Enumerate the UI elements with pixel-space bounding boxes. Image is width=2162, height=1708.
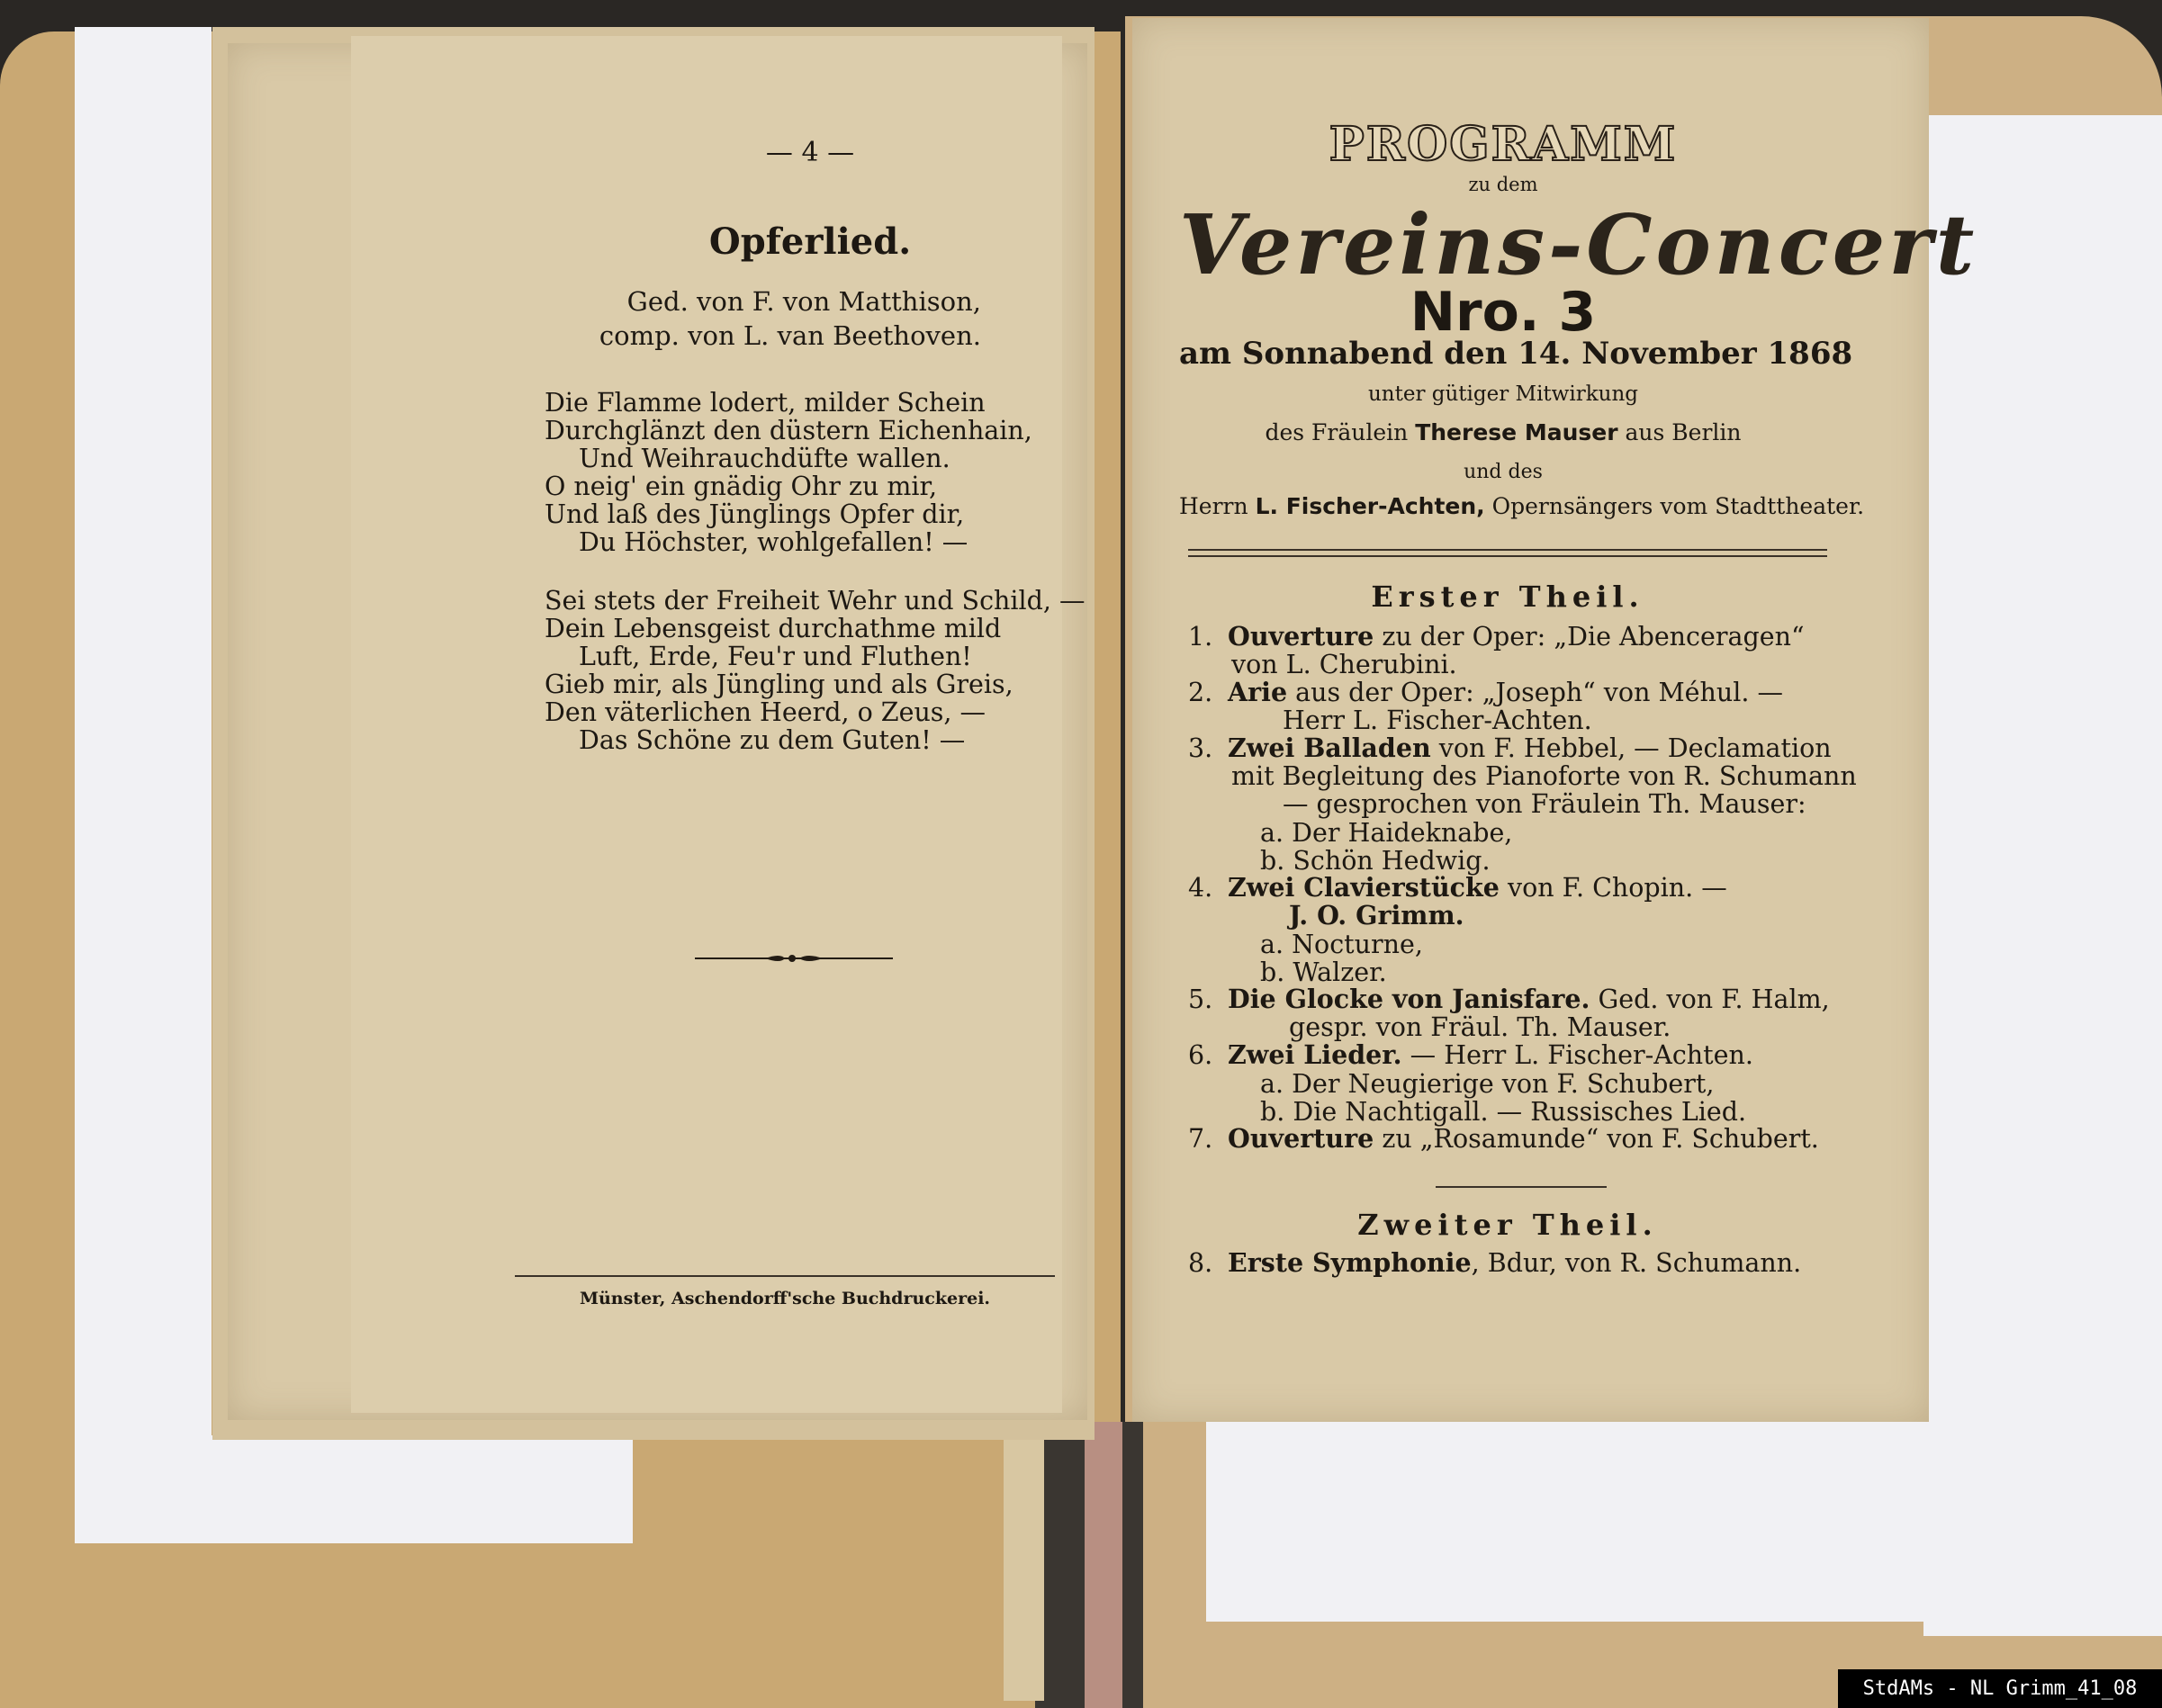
section-rule: [1436, 1186, 1607, 1188]
page-number: — 4 —: [630, 137, 990, 168]
program-item: 3.Zwei Balladen von F. Hebbel, — Declama…: [1188, 734, 1832, 762]
verse-line: Und Weihrauchdüfte wallen.: [579, 445, 950, 472]
verse-line: Das Schöne zu dem Guten! —: [579, 726, 965, 754]
program-heading: PROGRAMM: [1197, 117, 1809, 172]
connector-line: und des: [1179, 461, 1827, 483]
poem-author-line: Ged. von F. von Matthison,: [558, 286, 981, 317]
spine-torn-edge: [1004, 1431, 1044, 1701]
verse-line: Den väterlichen Heerd, o Zeus, —: [545, 698, 986, 726]
program-subitem: a. Der Haideknabe,: [1260, 818, 1512, 848]
program-item-cont: mit Begleitung des Pianoforte von R. Sch…: [1231, 762, 1857, 790]
printer-imprint: Münster, Aschendorff'sche Buchdruckerei.: [515, 1289, 1055, 1308]
program-item: 5.Die Glocke von Janisfare. Ged. von F. …: [1188, 985, 1830, 1013]
verse-line: Du Höchster, wohlgefallen! —: [579, 528, 968, 556]
concert-date: am Sonnabend den 14. November 1868: [1179, 336, 1827, 372]
program-item-cont: — gesprochen von Fräulein Th. Mauser:: [1283, 790, 1806, 818]
backing-paper-left: [75, 27, 212, 1539]
program-item: 7.Ouverture zu „Rosamunde“ von F. Schube…: [1188, 1125, 1819, 1153]
verse-line: Die Flamme lodert, milder Schein: [545, 389, 986, 417]
concert-title: Vereins-Concert: [1179, 196, 1836, 293]
program-item: 1.Ouverture zu der Oper: „Die Abencerage…: [1188, 623, 1805, 651]
poem-title: Opferlied.: [630, 220, 990, 263]
program-item-cont: Herr L. Fischer-Achten.: [1283, 706, 1592, 734]
verse-line: Luft, Erde, Feu'r und Fluthen!: [579, 643, 972, 670]
program-item-cont: gespr. von Fräul. Th. Mauser.: [1289, 1013, 1671, 1041]
poem-composer-line: comp. von L. van Beethoven.: [558, 320, 981, 351]
rule-ornament-icon: [695, 952, 893, 965]
backing-paper-right: [1923, 115, 2162, 1636]
part-2-title: Zweiter Theil.: [1179, 1208, 1836, 1242]
verse-line: O neig' ein gnädig Ohr zu mir,: [545, 472, 937, 500]
part-1-title: Erster Theil.: [1179, 580, 1836, 614]
double-rule: [1188, 549, 1827, 557]
performer-2-line: Herrn L. Fischer-Achten, Opernsängers vo…: [1179, 493, 1827, 519]
program-item: 6.Zwei Lieder. — Herr L. Fischer-Achten.: [1188, 1041, 1753, 1069]
verse-line: Gieb mir, als Jüngling und als Greis,: [545, 670, 1013, 698]
performer-2-name: L. Fischer-Achten,: [1256, 493, 1485, 519]
program-item: 4.Zwei Clavierstücke von F. Chopin. —: [1188, 874, 1727, 902]
program-item: 2.Arie aus der Oper: „Joseph“ von Méhul.…: [1188, 679, 1783, 706]
verse-line: Und laß des Jünglings Opfer dir,: [545, 500, 964, 528]
imprint-rule: [515, 1275, 1055, 1277]
program-item: 8.Erste Symphonie, Bdur, von R. Schumann…: [1188, 1249, 1801, 1277]
program-item-cont: J. O. Grimm.: [1289, 902, 1464, 930]
verse-line: Sei stets der Freiheit Wehr und Schild, …: [545, 587, 1086, 615]
backing-paper-left-bottom: [75, 1435, 633, 1543]
verse-line: Durchglänzt den düstern Eichenhain,: [545, 417, 1032, 445]
backing-paper-right-bottom: [1206, 1422, 2162, 1622]
program-item-cont: von L. Cherubini.: [1231, 651, 1457, 679]
verse-line: Dein Lebensgeist durchathme mild: [545, 615, 1001, 643]
archive-label: StdAMs - NL Grimm_41_08: [1838, 1669, 2162, 1708]
spine-pink-strip: [1085, 1422, 1122, 1708]
performer-1-line: des Fräulein Therese Mauser aus Berlin: [1179, 419, 1827, 445]
program-subitem: a. Nocturne,: [1260, 930, 1423, 959]
program-subitem: a. Der Neugierige von F. Schubert,: [1260, 1069, 1714, 1099]
cooperation-line: unter gütiger Mitwirkung: [1179, 382, 1827, 406]
performer-1-name: Therese Mauser: [1415, 419, 1617, 445]
program-subheading: zu dem: [1197, 174, 1809, 195]
concert-number: Nro. 3: [1197, 281, 1809, 344]
